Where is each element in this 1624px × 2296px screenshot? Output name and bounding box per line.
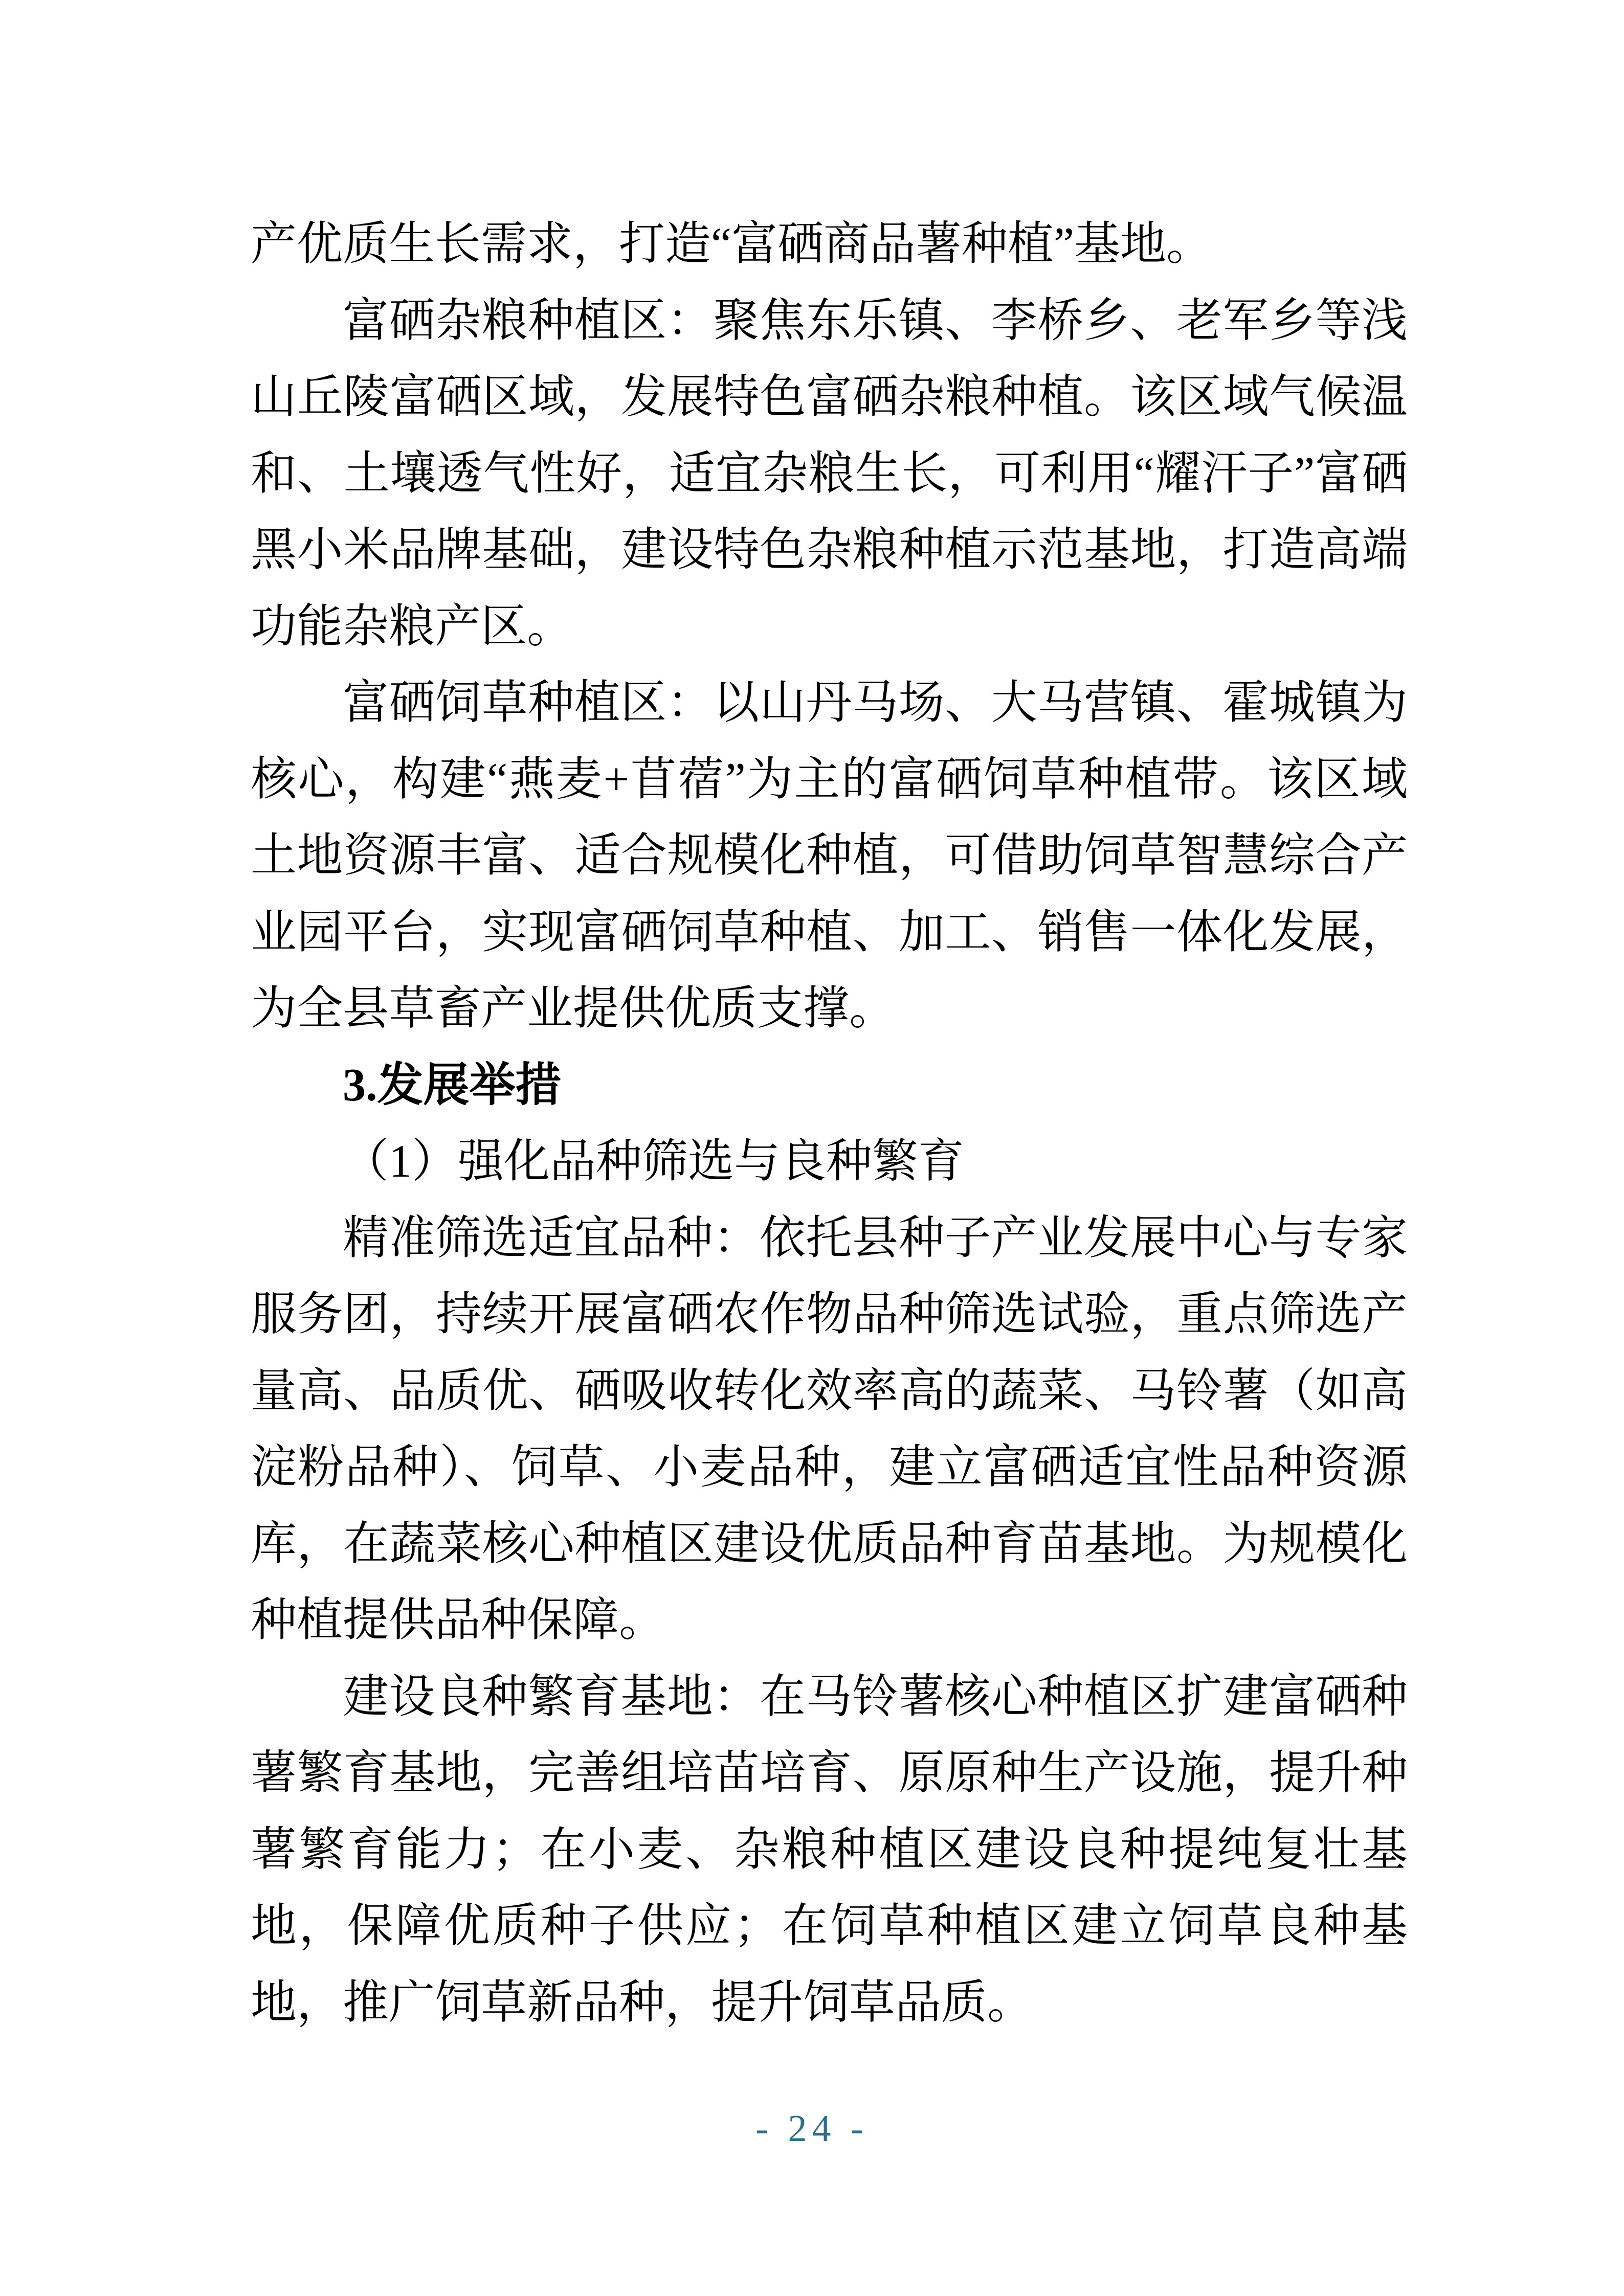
page-number: - 24 - bbox=[755, 2108, 868, 2150]
paragraph: 建设良种繁育基地：在马铃薯核心种植区扩建富硒种薯繁育基地，完善组培苗培育、原原种… bbox=[251, 1659, 1408, 2041]
document-body: 产优质生长需求，打造“富硒商品薯种植”基地。富硒杂粮种植区：聚焦东乐镇、李桥乡、… bbox=[251, 206, 1408, 2041]
paragraph: 富硒饲草种植区：以山丹马场、大马营镇、霍城镇为核心，构建“燕麦+苜蓿”为主的富硒… bbox=[251, 665, 1408, 1047]
document-page: 产优质生长需求，打造“富硒商品薯种植”基地。富硒杂粮种植区：聚焦东乐镇、李桥乡、… bbox=[0, 0, 1624, 2296]
paragraph: （1）强化品种筛选与良种繁育 bbox=[251, 1123, 1408, 1200]
section-heading: 3.发展举措 bbox=[251, 1047, 1408, 1124]
paragraph: 富硒杂粮种植区：聚焦东乐镇、李桥乡、老军乡等浅山丘陵富硒区域，发展特色富硒杂粮种… bbox=[251, 283, 1408, 665]
paragraph: 精准筛选适宜品种：依托县种子产业发展中心与专家服务团，持续开展富硒农作物品种筛选… bbox=[251, 1200, 1408, 1659]
page-footer: - 24 - bbox=[0, 2106, 1624, 2152]
paragraph: 产优质生长需求，打造“富硒商品薯种植”基地。 bbox=[251, 206, 1408, 283]
